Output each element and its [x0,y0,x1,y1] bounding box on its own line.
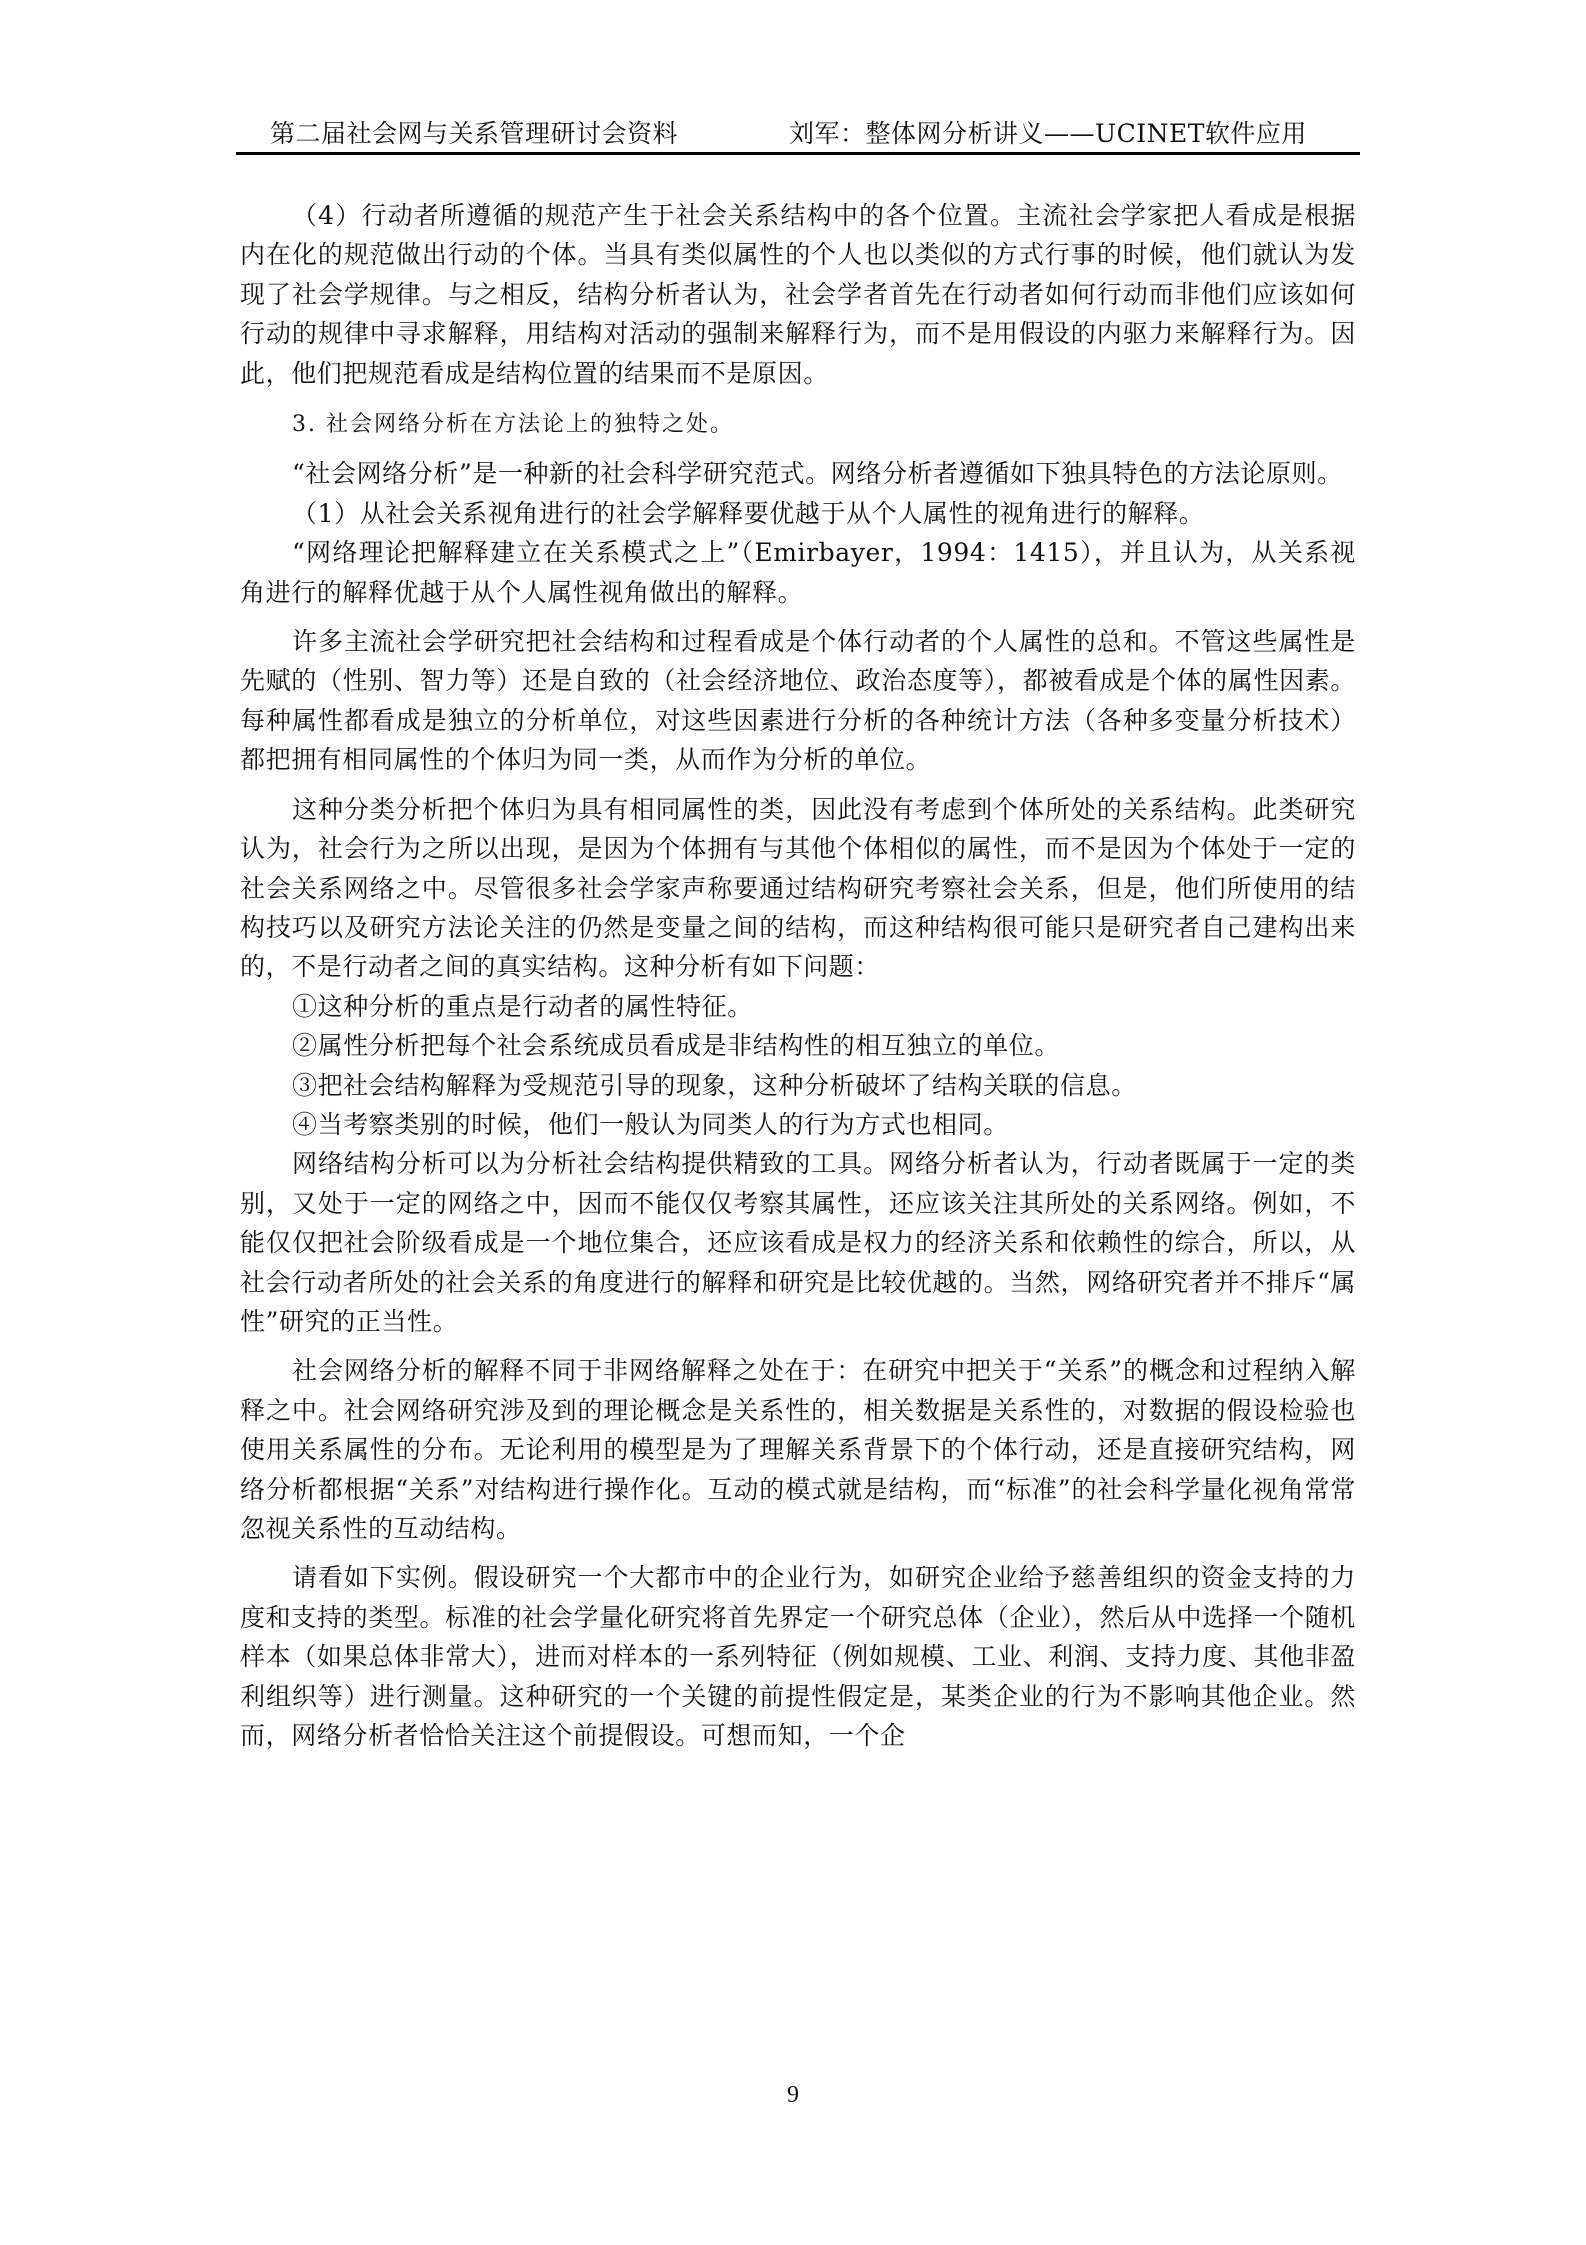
paragraph-norms-position: （4）行动者所遵循的规范产生于社会关系结构中的各个位置。主流社会学家把人看成是根… [240,196,1356,393]
problem-item-1: ①这种分析的重点是行动者的属性特征。 [240,987,1356,1026]
header-lecture-title: 刘军：整体网分析讲义——UCINET软件应用 [789,114,1307,150]
document-body: （4）行动者所遵循的规范产生于社会关系结构中的各个位置。主流社会学家把人看成是根… [240,196,1356,1755]
problem-item-2: ②属性分析把每个社会系统成员看成是非结构性的相互独立的单位。 [240,1026,1356,1065]
page-header: 第二届社会网与关系管理研讨会资料 刘军：整体网分析讲义——UCINET软件应用 [236,110,1360,155]
principle-1: （1）从社会关系视角进行的社会学解释要优越于从个人属性的视角进行的解释。 [240,494,1356,533]
paragraph-relational-explanation: 社会网络分析的解释不同于非网络解释之处在于：在研究中把关于“关系”的概念和过程纳… [240,1351,1356,1548]
paragraph-categorical-analysis: 这种分类分析把个体归为具有相同属性的类，因此没有考虑到个体所处的关系结构。此类研… [240,790,1356,987]
paragraph-example: 请看如下实例。假设研究一个大都市中的企业行为，如研究企业给予慈善组织的资金支持的… [240,1558,1356,1755]
page-number: 9 [0,2082,1586,2109]
problem-item-4: ④当考察类别的时候，他们一般认为同类人的行为方式也相同。 [240,1105,1356,1144]
section-heading: 3. 社会网络分析在方法论上的独特之处。 [240,405,1356,444]
header-conference-title: 第二届社会网与关系管理研讨会资料 [270,114,678,150]
paragraph-network-structure: 网络结构分析可以为分析社会结构提供精致的工具。网络分析者认为，行动者既属于一定的… [240,1144,1356,1341]
paragraph-paradigm: “社会网络分析”是一种新的社会科学研究范式。网络分析者遵循如下独具特色的方法论原… [240,454,1356,493]
paragraph-emirbayer-quote: “网络理论把解释建立在关系模式之上”（Emirbayer，1994：1415），… [240,533,1356,612]
problem-item-3: ③把社会结构解释为受规范引导的现象，这种分析破坏了结构关联的信息。 [240,1066,1356,1105]
paragraph-attributes: 许多主流社会学研究把社会结构和过程看成是个体行动者的个人属性的总和。不管这些属性… [240,622,1356,780]
